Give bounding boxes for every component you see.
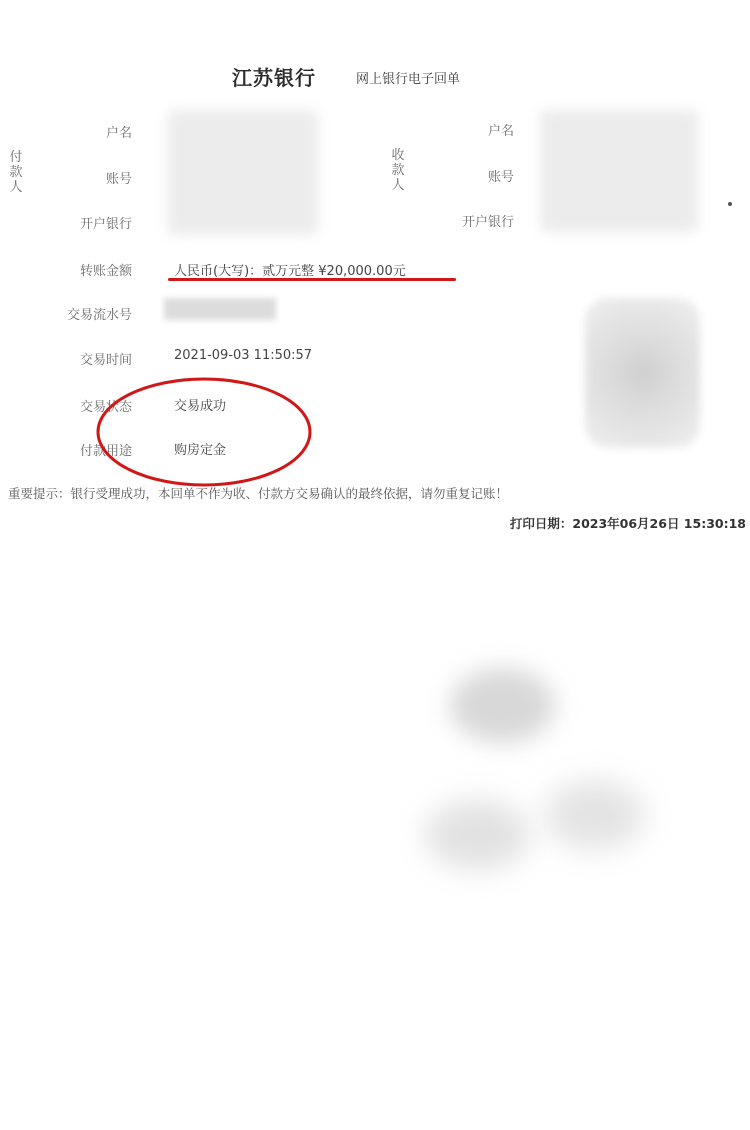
bank-stamp-redacted xyxy=(585,298,700,448)
important-notice: 重要提示：银行受理成功，本回单不作为收、付款方交易确认的最终依据，请勿重复记账！ xyxy=(8,484,508,502)
payer-info-redacted xyxy=(168,110,318,235)
amount-label: 转账金额 xyxy=(42,260,132,279)
time-value: 2021-09-03 11:50:57 xyxy=(174,348,312,363)
payee-info-redacted xyxy=(540,110,698,232)
blurred-mark xyxy=(425,800,530,870)
amount-value: 人民币(大写)：贰万元整 ¥20,000.00元 xyxy=(174,260,406,279)
speck xyxy=(728,202,732,206)
serial-redacted xyxy=(164,298,276,320)
payer-name-label: 户名 xyxy=(42,122,132,141)
payer-bank-label: 开户银行 xyxy=(42,213,132,232)
payee-section-label: 收款人 xyxy=(390,148,406,193)
print-date: 打印日期：2023年06月26日 15:30:18 xyxy=(510,514,746,532)
blurred-mark xyxy=(450,668,555,743)
red-circle-annotation xyxy=(94,375,314,490)
amount-red-underline xyxy=(168,278,456,281)
payee-bank-label: 开户银行 xyxy=(424,211,514,230)
bank-name: 江苏银行 xyxy=(232,62,316,91)
serial-label: 交易流水号 xyxy=(42,304,132,323)
payee-account-label: 账号 xyxy=(424,166,514,185)
blurred-mark xyxy=(545,780,645,850)
payer-account-label: 账号 xyxy=(42,168,132,187)
time-label: 交易时间 xyxy=(42,349,132,368)
payer-section-label: 付款人 xyxy=(8,150,24,195)
document-title: 网上银行电子回单 xyxy=(356,68,460,87)
payee-name-label: 户名 xyxy=(424,120,514,139)
